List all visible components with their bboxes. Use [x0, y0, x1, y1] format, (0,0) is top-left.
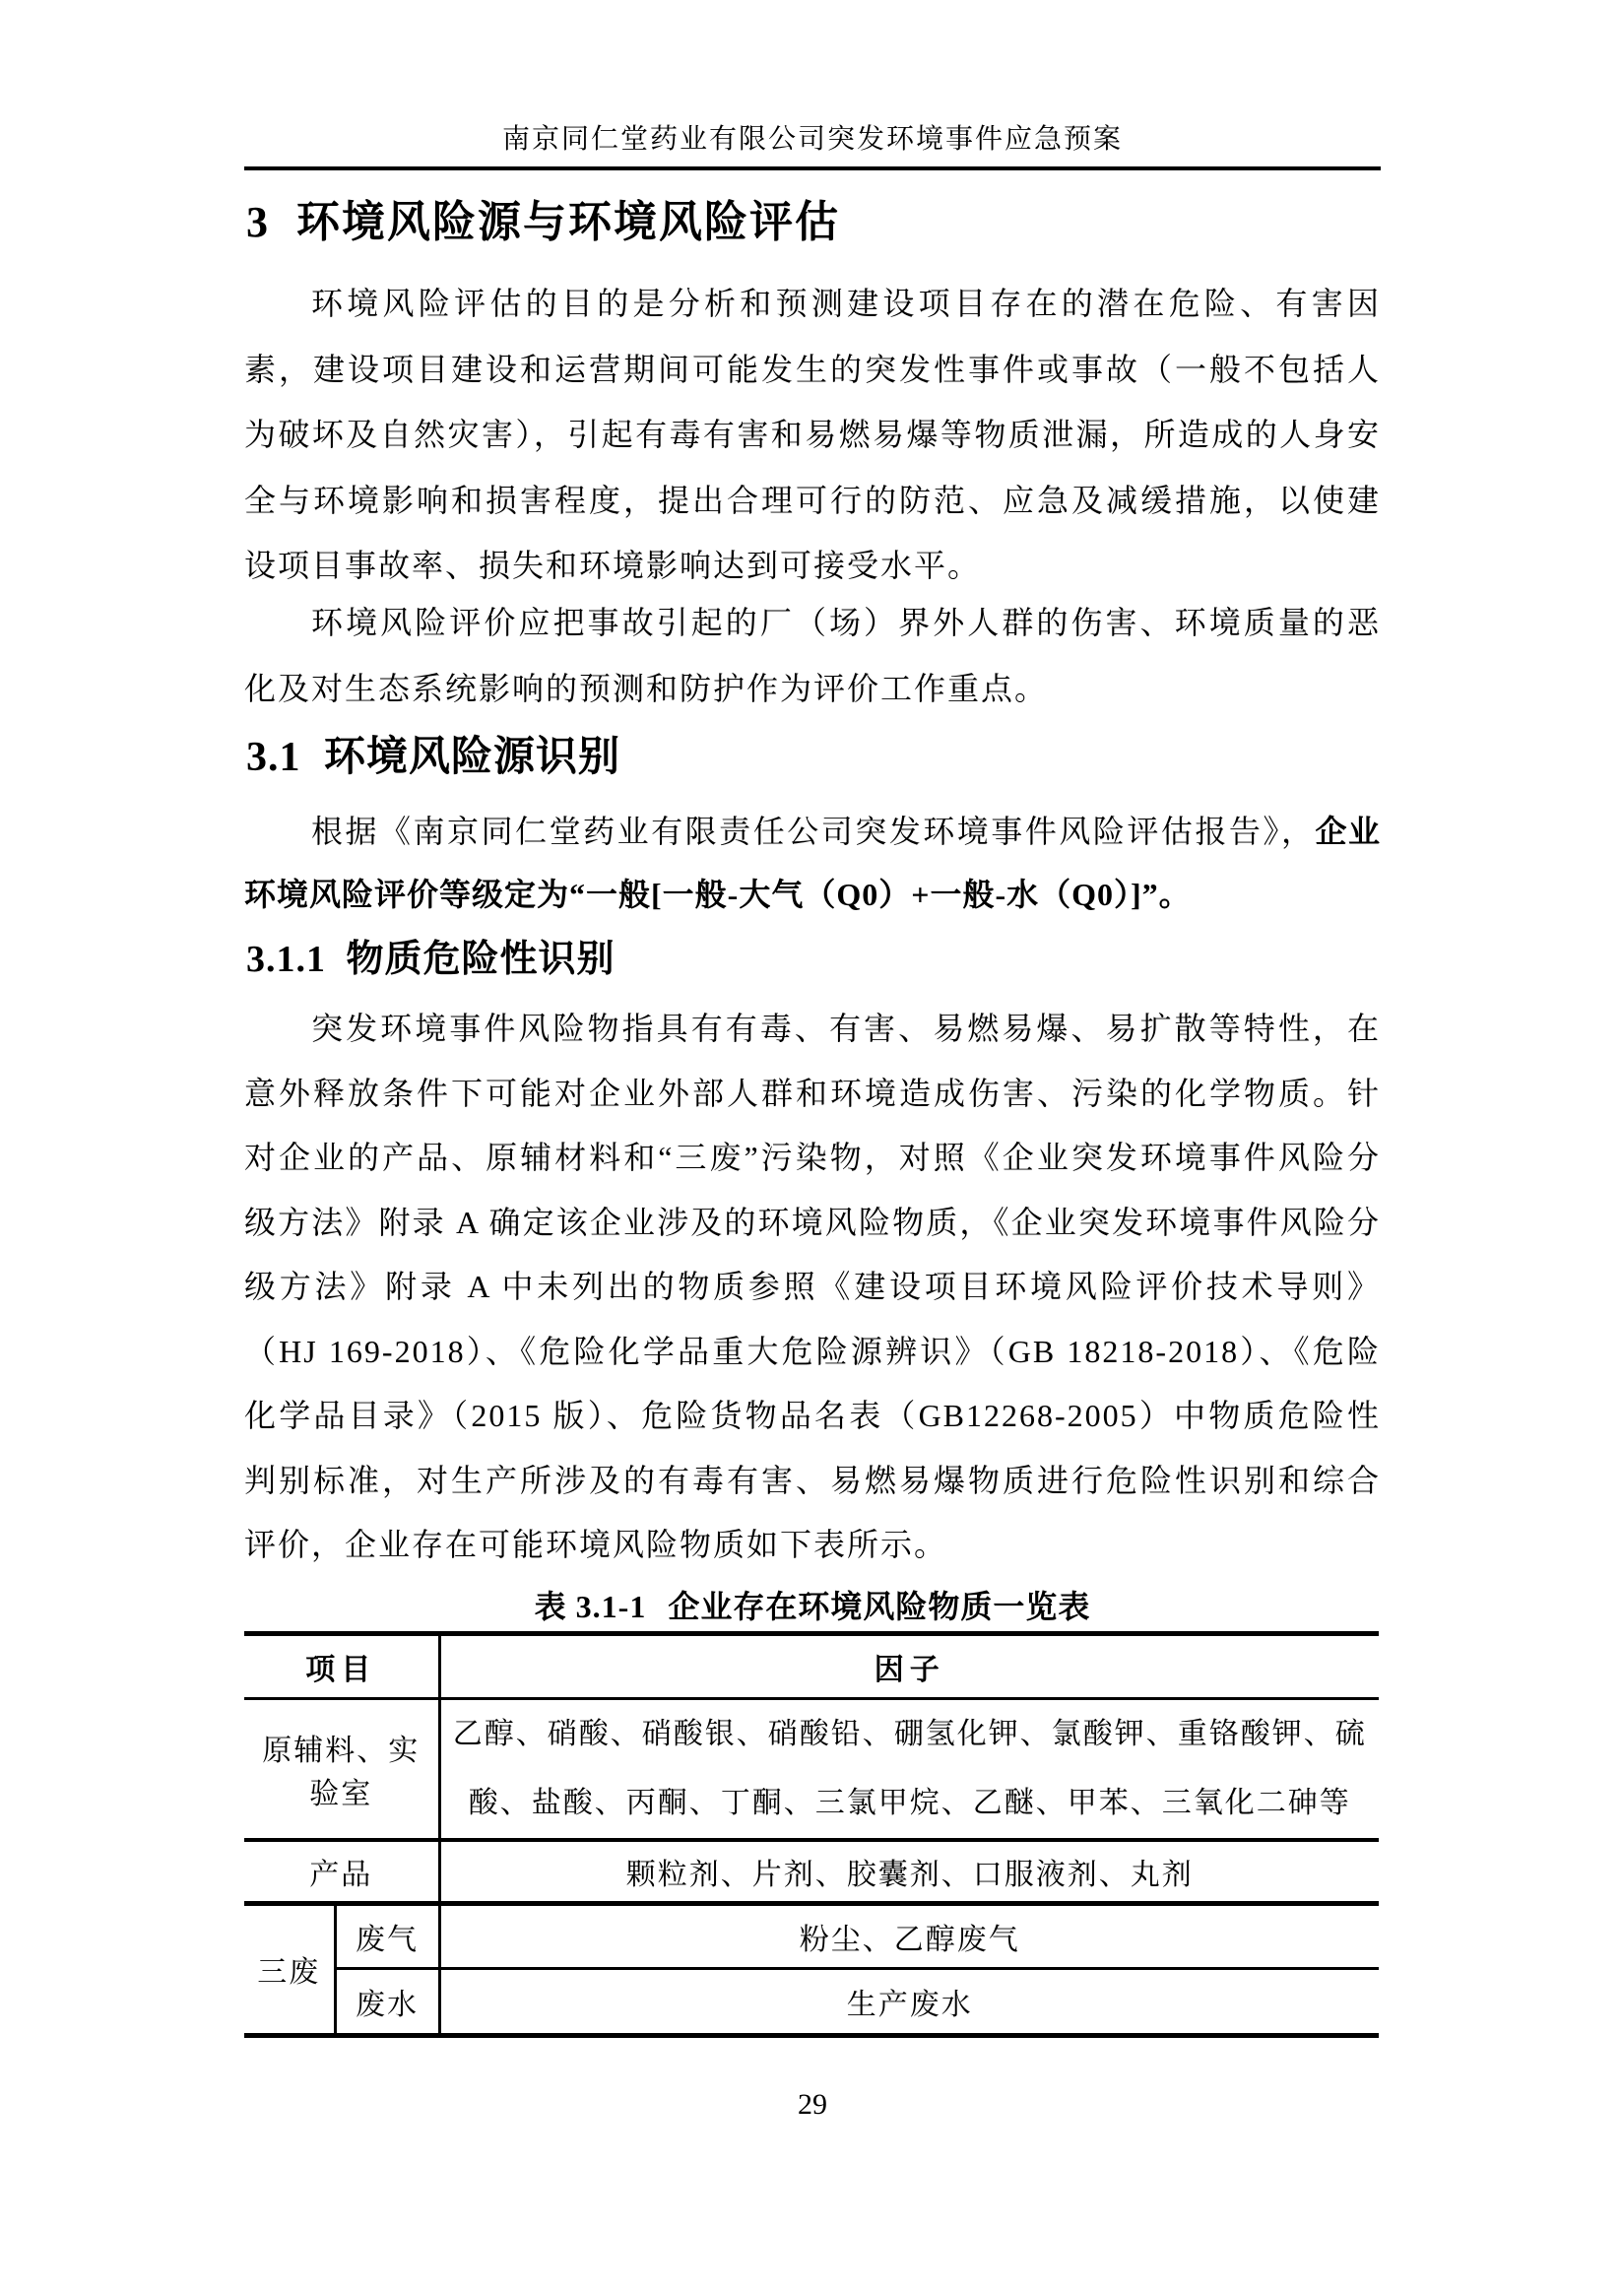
table-row-raw-materials: 原辅料、实验室 乙醇、硝酸、硝酸银、硝酸铅、硼氢化钾、氯酸钾、重铬酸钾、硫酸、盐… [244, 1699, 1379, 1841]
para-risk-assessment-purpose: 环境风险评估的目的是分析和预测建设项目存在的潜在危险、有害因素，建设项目建设和运… [244, 271, 1381, 599]
heading-chapter-3: 3 环境风险源与环境风险评估 [246, 197, 1383, 248]
th-factor: 因子 [439, 1634, 1379, 1699]
page-number: 29 [244, 2088, 1381, 2122]
cell-waste-gas-factors: 粉尘、乙醇废气 [439, 1903, 1379, 1968]
heading-3-1-1-substance-hazard-identification: 3.1.1 物质危险性识别 [246, 936, 1383, 983]
table-caption: 表 3.1-1企业存在环境风险物质一览表 [244, 1588, 1381, 1625]
cell-raw-materials-factors: 乙醇、硝酸、硝酸银、硝酸铅、硼氢化钾、氯酸钾、重铬酸钾、硫酸、盐酸、丙酮、丁酮、… [439, 1699, 1379, 1841]
table-row-waste-water: 废水 生产废水 [244, 1968, 1379, 2035]
para-risk-level-basis: 根据《南京同仁堂药业有限责任公司突发环境事件风险评估报告》，企业环境风险评价等级… [244, 800, 1381, 926]
cell-product-factors: 颗粒剂、片剂、胶囊剂、口服液剂、丸剂 [439, 1840, 1379, 1903]
cell-product-label: 产品 [244, 1840, 439, 1903]
cell-waste-water-label: 废水 [335, 1968, 439, 2035]
para-risk-evaluation-focus: 环境风险评价应把事故引起的厂（场）界外人群的伤害、环境质量的恶化及对生态系统影响… [244, 590, 1381, 721]
th-item: 项目 [244, 1634, 439, 1699]
cell-waste-gas-label: 废气 [335, 1903, 439, 1968]
risk-substance-table: 项目 因子 原辅料、实验室 乙醇、硝酸、硝酸银、硝酸铅、硼氢化钾、氯酸钾、重铬酸… [244, 1631, 1379, 2038]
heading-3-1-risk-source-identification: 3.1 环境风险源识别 [246, 733, 1383, 782]
table-caption-label: 表 3.1-1 [535, 1589, 647, 1624]
table-header-row: 项目 因子 [244, 1634, 1379, 1699]
document-page: 南京同仁堂药业有限公司突发环境事件应急预案 3 环境风险源与环境风险评估 环境风… [0, 0, 1621, 2296]
table-caption-text: 企业存在环境风险物质一览表 [668, 1589, 1090, 1624]
risk-basis-text: 根据《南京同仁堂药业有限责任公司突发环境事件风险评估报告》， [311, 814, 1315, 849]
cell-waste-water-factors: 生产废水 [439, 1968, 1379, 2035]
cell-raw-materials-label: 原辅料、实验室 [244, 1699, 439, 1841]
table-row-waste-gas: 三废 废气 粉尘、乙醇废气 [244, 1903, 1379, 1968]
table-row-product: 产品 颗粒剂、片剂、胶囊剂、口服液剂、丸剂 [244, 1840, 1379, 1903]
header-rule [244, 166, 1381, 170]
para-substance-identification: 突发环境事件风险物指具有有毒、有害、易燃易爆、易扩散等特性，在意外释放条件下可能… [244, 997, 1381, 1578]
header-title: 南京同仁堂药业有限公司突发环境事件应急预案 [244, 122, 1381, 158]
cell-three-wastes-label: 三废 [244, 1903, 335, 2035]
